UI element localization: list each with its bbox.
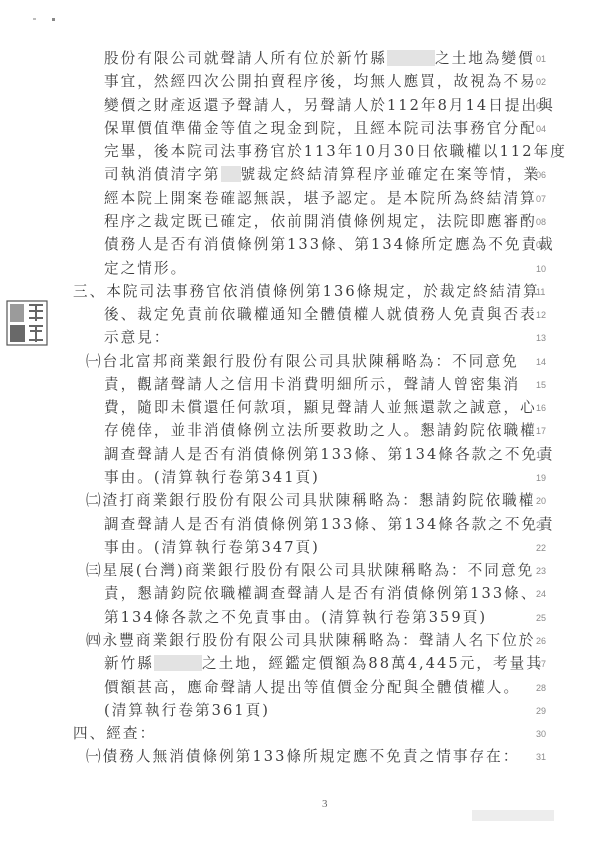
line-text: 程序之裁定既已確定，依前開消債條例規定，法院即應審酌 <box>104 212 537 232</box>
line-text: 事由。(清算執行卷第341頁) <box>104 468 320 488</box>
court-seal-icon <box>6 300 48 346</box>
document-line: ㈠台北富邦商業銀行股份有限公司具狀陳稱略為：不同意免14 <box>0 352 595 375</box>
line-number: 01 <box>536 52 546 66</box>
line-segment: 經本院上開案卷確認無誤，堪予認定。是本院所為終結清算 <box>104 190 537 207</box>
line-segment: ㈢星展(台灣)商業銀行股份有限公司具狀陳稱略為：不同意免 <box>86 562 534 579</box>
line-text: 變價之財產返還予聲請人，另聲請人於112年8月14日提出與 <box>104 96 555 116</box>
line-number: 18 <box>536 448 546 462</box>
document-line: 費，隨即未償還任何款項，顯見聲請人並無還款之誠意，心16 <box>0 398 595 421</box>
document-line: 事宜，然經四次公開拍賣程序後，均無人應買，故視為不易02 <box>0 72 595 95</box>
line-number: 08 <box>536 215 546 229</box>
document-line: 價額甚高，應命聲請人提出等值價金分配與全體債權人。28 <box>0 678 595 701</box>
line-segment: 責，觀諸聲請人之信用卡消費明細所示，聲請人曾密集消 <box>104 376 520 393</box>
document-line: 調查聲請人是否有消債條例第133條、第134條各款之不免責21 <box>0 515 595 538</box>
line-text: 三、本院司法事務官依消債條例第136條規定，於裁定終結清算 <box>73 282 540 302</box>
line-text: 保單價值準備金等值之現金到院，且經本院司法事務官分配 <box>104 119 537 139</box>
line-segment: 事由。(清算執行卷第341頁) <box>104 469 320 486</box>
line-text: 事由。(清算執行卷第347頁) <box>104 538 320 558</box>
line-text: ㈢星展(台灣)商業銀行股份有限公司具狀陳稱略為：不同意免 <box>86 561 534 581</box>
line-number: 05 <box>536 145 546 159</box>
line-segment: ㈠台北富邦商業銀行股份有限公司具狀陳稱略為：不同意免 <box>86 353 519 370</box>
line-segment: 保單價值準備金等值之現金到院，且經本院司法事務官分配 <box>104 120 537 137</box>
line-number: 27 <box>536 657 546 671</box>
line-text: 存僥倖，並非消債條例立法所要救助之人。懇請鈞院依職權 <box>104 421 537 441</box>
document-line: 程序之裁定既已確定，依前開消債條例規定，法院即應審酌08 <box>0 212 595 235</box>
line-text: 股份有限公司就聲請人所有位於新竹縣之土地為變價 <box>104 49 535 69</box>
line-segment: 事宜，然經四次公開拍賣程序後，均無人應買，故視為不易 <box>104 73 537 90</box>
line-segment: 股份有限公司就聲請人所有位於新竹縣 <box>104 50 387 67</box>
line-number: 31 <box>536 750 546 764</box>
line-segment: 三、本院司法事務官依消債條例第136條規定，於裁定終結清算 <box>73 283 540 300</box>
line-text: 債務人是否有消債條例第133條、第134條所定應為不免責裁 <box>104 235 555 255</box>
line-number: 21 <box>536 518 546 532</box>
line-number: 07 <box>536 192 546 206</box>
line-number: 09 <box>536 238 546 252</box>
line-text: ㈠債務人無消債條例第133條所規定應不免責之情事存在： <box>86 747 519 767</box>
document-line: 後、裁定免責前依職權通知全體債權人就債務人免責與否表12 <box>0 305 595 328</box>
line-number: 23 <box>536 564 546 578</box>
line-text: 第134條各款之不免責事由。(清算執行卷第359頁) <box>104 608 487 628</box>
line-number: 16 <box>536 401 546 415</box>
line-segment: 號裁定終結清算程序並確定在案等情，業 <box>241 166 541 183</box>
document-line: 調查聲請人是否有消債條例第133條、第134條各款之不免責18 <box>0 445 595 468</box>
line-number: 11 <box>536 285 545 299</box>
line-number: 15 <box>536 378 546 392</box>
line-segment: 定之情形。 <box>104 260 187 277</box>
document-line: 變價之財產返還予聲請人，另聲請人於112年8月14日提出與03 <box>0 96 595 119</box>
document-line: 存僥倖，並非消債條例立法所要救助之人。懇請鈞院依職權17 <box>0 421 595 444</box>
line-segment: 調查聲請人是否有消債條例第133條、第134條各款之不免責 <box>104 446 555 463</box>
line-segment: 示意見： <box>104 329 171 346</box>
line-segment: ㈣永豐商業銀行股份有限公司具狀陳稱略為：聲請人名下位於 <box>86 632 535 649</box>
document-line: 四、經查：30 <box>0 724 595 747</box>
document-line: ㈣永豐商業銀行股份有限公司具狀陳稱略為：聲請人名下位於26 <box>0 631 595 654</box>
line-number: 20 <box>536 494 546 508</box>
line-segment: 完畢，後本院司法事務官於113年10月30日依職權以112年度 <box>104 143 567 160</box>
document-line: ㈢星展(台灣)商業銀行股份有限公司具狀陳稱略為：不同意免23 <box>0 561 595 584</box>
line-segment: 後、裁定免責前依職權通知全體債權人就債務人免責與否表 <box>104 306 537 323</box>
document-line: 三、本院司法事務官依消債條例第136條規定，於裁定終結清算11 <box>0 282 595 305</box>
document-line: 股份有限公司就聲請人所有位於新竹縣之土地為變價01 <box>0 49 595 72</box>
document-line: 責，懇請鈞院依職權調查聲請人是否有消債條例第133條、24 <box>0 584 595 607</box>
line-number: 28 <box>536 681 546 695</box>
document-line: 定之情形。10 <box>0 259 595 282</box>
line-number: 24 <box>536 587 546 601</box>
document-line: 事由。(清算執行卷第347頁)22 <box>0 538 595 561</box>
line-number: 12 <box>536 308 546 322</box>
document-line: 事由。(清算執行卷第341頁)19 <box>0 468 595 491</box>
document-line: 新竹縣之土地，經鑑定價額為88萬4,445元，考量其27 <box>0 654 595 677</box>
line-text: 責，觀諸聲請人之信用卡消費明細所示，聲請人曾密集消 <box>104 375 520 395</box>
line-text: 調查聲請人是否有消債條例第133條、第134條各款之不免責 <box>104 445 555 465</box>
line-number: 19 <box>536 471 546 485</box>
line-segment: 新竹縣 <box>104 655 154 672</box>
line-text: 調查聲請人是否有消債條例第133條、第134條各款之不免責 <box>104 515 555 535</box>
line-segment: 程序之裁定既已確定，依前開消債條例規定，法院即應審酌 <box>104 213 537 230</box>
document-line: 司執消債清字第號裁定終結清算程序並確定在案等情，業06 <box>0 165 595 188</box>
line-text: 價額甚高，應命聲請人提出等值價金分配與全體債權人。 <box>104 678 520 698</box>
document-page: 股份有限公司就聲請人所有位於新竹縣之土地為變價01事宜，然經四次公開拍賣程序後，… <box>0 0 595 841</box>
document-line: 保單價值準備金等值之現金到院，且經本院司法事務官分配04 <box>0 119 595 142</box>
line-number: 13 <box>536 331 546 345</box>
line-number: 25 <box>536 611 546 625</box>
page-number: 3 <box>322 798 328 810</box>
line-text: ㈡渣打商業銀行股份有限公司具狀陳稱略為：懇請鈞院依職權 <box>86 491 535 511</box>
line-number: 14 <box>536 355 546 369</box>
line-segment: 之土地，經鑑定價額為88萬4,445元，考量其 <box>202 655 543 672</box>
line-segment: 責，懇請鈞院依職權調查聲請人是否有消債條例第133條、 <box>104 585 537 602</box>
document-line: (清算執行卷第361頁)29 <box>0 701 595 724</box>
line-segment: 價額甚高，應命聲請人提出等值價金分配與全體債權人。 <box>104 679 520 696</box>
line-number: 06 <box>536 168 546 182</box>
redaction-block <box>387 50 435 66</box>
line-text: 費，隨即未償還任何款項，顯見聲請人並無還款之誠意，心 <box>104 398 537 418</box>
line-text: ㈠台北富邦商業銀行股份有限公司具狀陳稱略為：不同意免 <box>86 352 519 372</box>
line-text: 後、裁定免責前依職權通知全體債權人就債務人免責與否表 <box>104 305 537 325</box>
document-line: 責，觀諸聲請人之信用卡消費明細所示，聲請人曾密集消15 <box>0 375 595 398</box>
line-text: 經本院上開案卷確認無誤，堪予認定。是本院所為終結清算 <box>104 189 537 209</box>
document-line: 債務人是否有消債條例第133條、第134條所定應為不免責裁09 <box>0 235 595 258</box>
line-segment: 債務人是否有消債條例第133條、第134條所定應為不免責裁 <box>104 236 555 253</box>
line-segment: 存僥倖，並非消債條例立法所要救助之人。懇請鈞院依職權 <box>104 422 537 439</box>
line-text: 責，懇請鈞院依職權調查聲請人是否有消債條例第133條、 <box>104 584 537 604</box>
line-segment: ㈡渣打商業銀行股份有限公司具狀陳稱略為：懇請鈞院依職權 <box>86 492 535 509</box>
scan-mark <box>33 18 36 20</box>
line-text: 完畢，後本院司法事務官於113年10月30日依職權以112年度 <box>104 142 567 162</box>
line-text: 事宜，然經四次公開拍賣程序後，均無人應買，故視為不易 <box>104 72 537 92</box>
document-line: ㈠債務人無消債條例第133條所規定應不免責之情事存在：31 <box>0 747 595 770</box>
line-number: 30 <box>536 727 546 741</box>
line-text: 定之情形。 <box>104 259 187 279</box>
line-number: 10 <box>536 262 546 276</box>
line-text: 示意見： <box>104 328 171 348</box>
document-line: 第134條各款之不免責事由。(清算執行卷第359頁)25 <box>0 608 595 631</box>
line-number: 04 <box>536 122 546 136</box>
line-number: 03 <box>536 99 546 113</box>
line-text: 司執消債清字第號裁定終結清算程序並確定在案等情，業 <box>104 165 540 185</box>
footer-redaction <box>472 810 554 821</box>
line-segment: 之土地為變價 <box>435 50 535 67</box>
line-text: ㈣永豐商業銀行股份有限公司具狀陳稱略為：聲請人名下位於 <box>86 631 535 651</box>
line-segment: 第134條各款之不免責事由。(清算執行卷第359頁) <box>104 609 487 626</box>
redaction-block <box>221 166 241 182</box>
line-number: 29 <box>536 704 546 718</box>
line-segment: (清算執行卷第361頁) <box>104 702 270 719</box>
line-segment: 事由。(清算執行卷第347頁) <box>104 539 320 556</box>
line-segment: 變價之財產返還予聲請人，另聲請人於112年8月14日提出與 <box>104 97 555 114</box>
line-number: 26 <box>536 634 546 648</box>
line-segment: 四、經查： <box>73 725 156 742</box>
line-segment: 調查聲請人是否有消債條例第133條、第134條各款之不免責 <box>104 516 555 533</box>
redaction-block <box>154 655 202 671</box>
line-segment: 司執消債清字第 <box>104 166 221 183</box>
line-text: 新竹縣之土地，經鑑定價額為88萬4,445元，考量其 <box>104 654 543 674</box>
line-segment: ㈠債務人無消債條例第133條所規定應不免責之情事存在： <box>86 748 519 765</box>
line-text: (清算執行卷第361頁) <box>104 701 270 721</box>
scan-mark <box>52 18 55 21</box>
line-text: 四、經查： <box>73 724 156 744</box>
document-line: ㈡渣打商業銀行股份有限公司具狀陳稱略為：懇請鈞院依職權20 <box>0 491 595 514</box>
line-number: 02 <box>536 75 546 89</box>
line-number: 22 <box>536 541 546 555</box>
line-segment: 費，隨即未償還任何款項，顯見聲請人並無還款之誠意，心 <box>104 399 537 416</box>
document-line: 示意見：13 <box>0 328 595 351</box>
line-number: 17 <box>536 424 546 438</box>
document-line: 完畢，後本院司法事務官於113年10月30日依職權以112年度05 <box>0 142 595 165</box>
document-line: 經本院上開案卷確認無誤，堪予認定。是本院所為終結清算07 <box>0 189 595 212</box>
